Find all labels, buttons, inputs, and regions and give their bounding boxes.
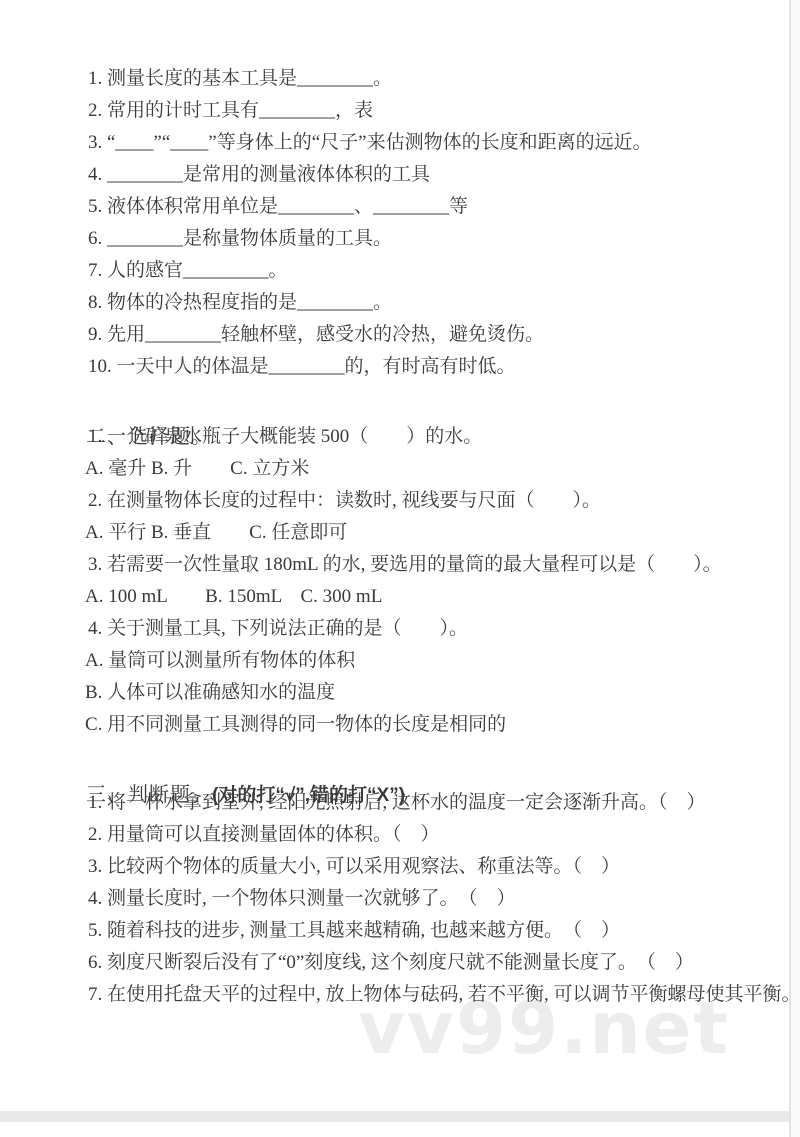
judge-question: 3. 比较两个物体的质量大小, 可以采用观察法、称重法等。（ ） — [88, 851, 789, 883]
exam-content: 1. 测量长度的基本工具是________。 2. 常用的计时工具有______… — [0, 0, 789, 1011]
fill-blank-question: 8. 物体的冷热程度指的是________。 — [88, 287, 789, 319]
fill-blank-question: 2. 常用的计时工具有________，表 — [88, 95, 789, 127]
choice-question: 3. 若需要一次性量取 180mL 的水, 要选用的量筒的最大量程可以是（ ）。 — [88, 549, 789, 581]
fill-blank-question: 3. “____”“____”等身体上的“尺子”来估测物体的长度和距离的远近。 — [88, 127, 789, 159]
judge-question: 6. 刻度尺断裂后没有了“0”刻度线, 这个刻度尺就不能测量长度了。 （ ） — [88, 947, 789, 979]
judge-question: 1. 将一杯水拿到室外, 经阳光照射后, 这杯水的温度一定会逐渐升高。（ ） — [88, 787, 789, 819]
fill-blank-question: 7. 人的感官_________。 — [88, 255, 789, 287]
fill-blank-question: 1. 测量长度的基本工具是________。 — [88, 63, 789, 95]
judge-question: 2. 用量筒可以直接测量固体的体积。（ ） — [88, 819, 789, 851]
judge-question: 4. 测量长度时, 一个物体只测量一次就够了。 （ ） — [88, 883, 789, 915]
choice-question: 2. 在测量物体长度的过程中：读数时, 视线要与尺面（ ）。 — [88, 485, 789, 517]
choice-options: A. 100 mL B. 150mL C. 300 mL — [85, 581, 789, 613]
choice-options: A. 平行 B. 垂直 C. 任意即可 — [85, 517, 789, 549]
choice-question: 4. 关于测量工具, 下列说法正确的是（ ）。 — [88, 613, 789, 645]
fill-blank-question: 6. ________是称量物体质量的工具。 — [88, 223, 789, 255]
choice-question: 1. 一个矿泉水瓶子大概能装 500（ ）的水。 — [88, 421, 789, 453]
judge-question: 5. 随着科技的进步, 测量工具越来越精确, 也越来越方便。 （ ） — [88, 915, 789, 947]
fill-blank-question: 9. 先用________轻触杯壁，感受水的冷热，避免烫伤。 — [88, 319, 789, 351]
exam-page: { "page": { "watermark": "vv99.net", "co… — [0, 0, 800, 1137]
section-heading-judge: 三、判断题。(对的打“√”,错的打“X”) — [62, 747, 789, 779]
fill-blank-question: 10. 一天中人的体温是________的，有时高有时低。 — [88, 351, 789, 383]
choice-option-b: B. 人体可以准确感知水的温度 — [85, 677, 789, 709]
choice-option-c: C. 用不同测量工具测得的同一物体的长度是相同的 — [85, 709, 789, 741]
judge-question: 7. 在使用托盘天平的过程中, 放上物体与砝码, 若不平衡, 可以调节平衡螺母使… — [88, 979, 789, 1011]
page-right-gutter — [791, 0, 800, 1137]
fill-blank-question: 4. ________是常用的测量液体体积的工具 — [88, 159, 789, 191]
fill-blank-question: 5. 液体体积常用单位是________、________等 — [88, 191, 789, 223]
choice-option-a: A. 量筒可以测量所有物体的体积 — [85, 645, 789, 677]
page-bottom-gap-band — [0, 1111, 789, 1122]
choice-options: A. 毫升 B. 升 C. 立方米 — [85, 453, 789, 485]
section-heading-choice: 二、选择题。 — [62, 389, 789, 421]
